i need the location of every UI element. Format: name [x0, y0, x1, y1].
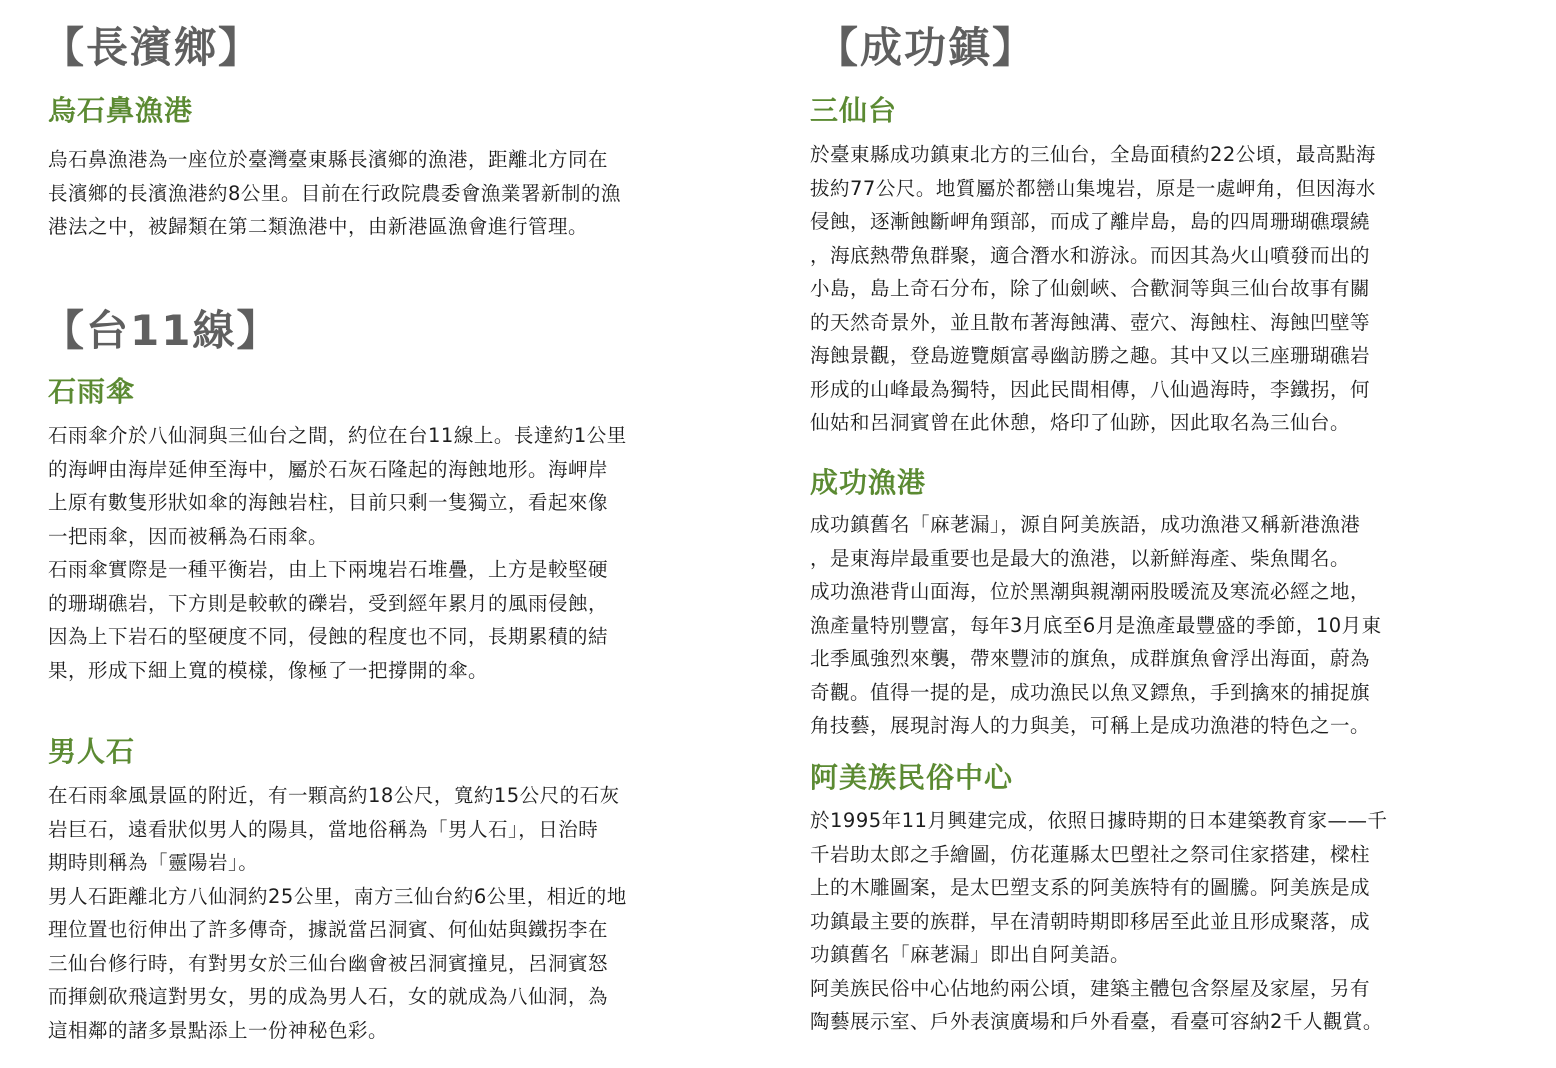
text-line: 而揮劍砍飛這對男女，男的成為男人石，女的就成為八仙洞，為	[48, 980, 627, 1014]
text-line: 形成的山峰最為獨特，因此民間相傳，八仙過海時，李鐵拐，何	[810, 373, 1376, 407]
region-title-chenggong: 【成功鎮】	[816, 27, 1036, 69]
text-line: 石雨傘介於八仙洞與三仙台之間，約位在台11線上。長達約1公里	[48, 419, 627, 453]
text-line: 漁產量特別豐富，每年3月底至6月是漁產最豐盛的季節，10月東	[810, 609, 1382, 643]
paragraph-chenggong-harbor: 成功鎮舊名「麻荖漏」，源自阿美族語，成功漁港又稱新港漁港 ，是東海岸最重要也是最…	[810, 508, 1382, 743]
section-title-amis-folk-center: 阿美族民俗中心	[810, 764, 1013, 792]
text-line: 岩巨石，遠看狀似男人的陽具，當地俗稱為「男人石」，日治時	[48, 813, 627, 847]
paragraph-sanxiantai: 於臺東縣成功鎮東北方的三仙台，全島面積約22公頃，最高點海 拔約77公尺。地質屬…	[810, 138, 1376, 440]
text-line: 於臺東縣成功鎮東北方的三仙台，全島面積約22公頃，最高點海	[810, 138, 1376, 172]
text-line: 拔約77公尺。地質屬於都巒山集塊岩，原是一處岬角，但因海水	[810, 172, 1376, 206]
paragraph-stone-umbrella: 石雨傘介於八仙洞與三仙台之間，約位在台11線上。長達約1公里 的海岬由海岸延伸至…	[48, 419, 627, 687]
text-line: 陶藝展示室、戶外表演廣場和戶外看臺，看臺可容納2千人觀賞。	[810, 1005, 1387, 1039]
section-title-sanxiantai: 三仙台	[810, 97, 897, 125]
text-line: 北季風強烈來襲，帶來豐沛的旗魚，成群旗魚會浮出海面，蔚為	[810, 642, 1382, 676]
text-line: 侵蝕，逐漸蝕斷岬角頸部，而成了離岸島，島的四周珊瑚礁環繞	[810, 205, 1376, 239]
text-line: 石雨傘實際是一種平衡岩，由上下兩塊岩石堆疊，上方是較堅硬	[48, 553, 627, 587]
text-line: 於1995年11月興建完成，依照日據時期的日本建築教育家——千	[810, 804, 1387, 838]
section-title-wushibi-harbor: 烏石鼻漁港	[48, 97, 193, 125]
text-line: 阿美族民俗中心佔地約兩公頃，建築主體包含祭屋及家屋，另有	[810, 972, 1387, 1006]
text-line: 三仙台修行時，有對男女於三仙台幽會被呂洞賓撞見，呂洞賓怒	[48, 947, 627, 981]
text-line: 上的木雕圖案，是太巴塑支系的阿美族特有的圖騰。阿美族是成	[810, 871, 1387, 905]
text-line: 的天然奇景外，並且散布著海蝕溝、壺穴、海蝕柱、海蝕凹壁等	[810, 306, 1376, 340]
text-line: 長濱鄉的長濱漁港約8公里。目前在行政院農委會漁業署新制的漁	[48, 177, 621, 211]
region-title-route-11: 【台11線】	[42, 310, 280, 352]
text-line: 港法之中，被歸類在第二類漁港中，由新港區漁會進行管理。	[48, 210, 621, 244]
text-line: 仙姑和呂洞賓曾在此休憩，烙印了仙跡，因此取名為三仙台。	[810, 406, 1376, 440]
text-line: 烏石鼻漁港為一座位於臺灣臺東縣長濱鄉的漁港，距離北方同在	[48, 143, 621, 177]
text-line: 功鎮最主要的族群，早在清朝時期即移居至此並且形成聚落，成	[810, 905, 1387, 939]
text-line: 期時則稱為「靈陽岩」。	[48, 846, 627, 880]
text-line: 這相鄰的諸多景點添上一份神秘色彩。	[48, 1014, 627, 1048]
section-title-man-stone: 男人石	[48, 738, 135, 766]
text-line: ，是東海岸最重要也是最大的漁港，以新鮮海產、柴魚聞名。	[810, 542, 1382, 576]
text-line: 理位置也衍伸出了許多傳奇，據説當呂洞賓、何仙姑與鐵拐李在	[48, 913, 627, 947]
text-line: 果，形成下細上寬的模樣，像極了一把撐開的傘。	[48, 654, 627, 688]
text-line: 成功鎮舊名「麻荖漏」，源自阿美族語，成功漁港又稱新港漁港	[810, 508, 1382, 542]
paragraph-man-stone: 在石雨傘風景區的附近，有一顆高約18公尺，寬約15公尺的石灰 岩巨石，遠看狀似男…	[48, 779, 627, 1047]
region-title-changbin: 【長濱鄉】	[42, 27, 262, 69]
section-title-chenggong-harbor: 成功漁港	[810, 469, 926, 497]
text-line: 的珊瑚礁岩，下方則是較軟的礫岩，受到經年累月的風雨侵蝕，	[48, 587, 627, 621]
text-line: ，海底熱帶魚群聚，適合潛水和游泳。而因其為火山噴發而出的	[810, 239, 1376, 273]
text-line: 的海岬由海岸延伸至海中，屬於石灰石隆起的海蝕地形。海岬岸	[48, 453, 627, 487]
text-line: 奇觀。值得一提的是，成功漁民以魚叉鏢魚，手到擒來的捕捉旗	[810, 676, 1382, 710]
text-line: 在石雨傘風景區的附近，有一顆高約18公尺，寬約15公尺的石灰	[48, 779, 627, 813]
text-line: 一把雨傘，因而被稱為石雨傘。	[48, 520, 627, 554]
text-line: 上原有數隻形狀如傘的海蝕岩柱，目前只剩一隻獨立，看起來像	[48, 486, 627, 520]
paragraph-amis-folk-center: 於1995年11月興建完成，依照日據時期的日本建築教育家——千 千岩助太郎之手繪…	[810, 804, 1387, 1039]
text-line: 小島，島上奇石分布，除了仙劍峽、合歡洞等與三仙台故事有關	[810, 272, 1376, 306]
text-line: 成功漁港背山面海，位於黑潮與親潮兩股暖流及寒流必經之地，	[810, 575, 1382, 609]
text-line: 海蝕景觀，登島遊覽頗富尋幽訪勝之趣。其中又以三座珊瑚礁岩	[810, 339, 1376, 373]
section-title-stone-umbrella: 石雨傘	[48, 378, 135, 406]
text-line: 角技藝，展現討海人的力與美，可稱上是成功漁港的特色之一。	[810, 709, 1382, 743]
text-line: 千岩助太郎之手繪圖，仿花蓮縣太巴塱社之祭司住家搭建，樑柱	[810, 838, 1387, 872]
paragraph-wushibi-harbor: 烏石鼻漁港為一座位於臺灣臺東縣長濱鄉的漁港，距離北方同在 長濱鄉的長濱漁港約8公…	[48, 143, 621, 244]
text-line: 因為上下岩石的堅硬度不同，侵蝕的程度也不同，長期累積的結	[48, 620, 627, 654]
text-line: 男人石距離北方八仙洞約25公里，南方三仙台約6公里，相近的地	[48, 880, 627, 914]
text-line: 功鎮舊名「麻荖漏」即出自阿美語。	[810, 938, 1387, 972]
